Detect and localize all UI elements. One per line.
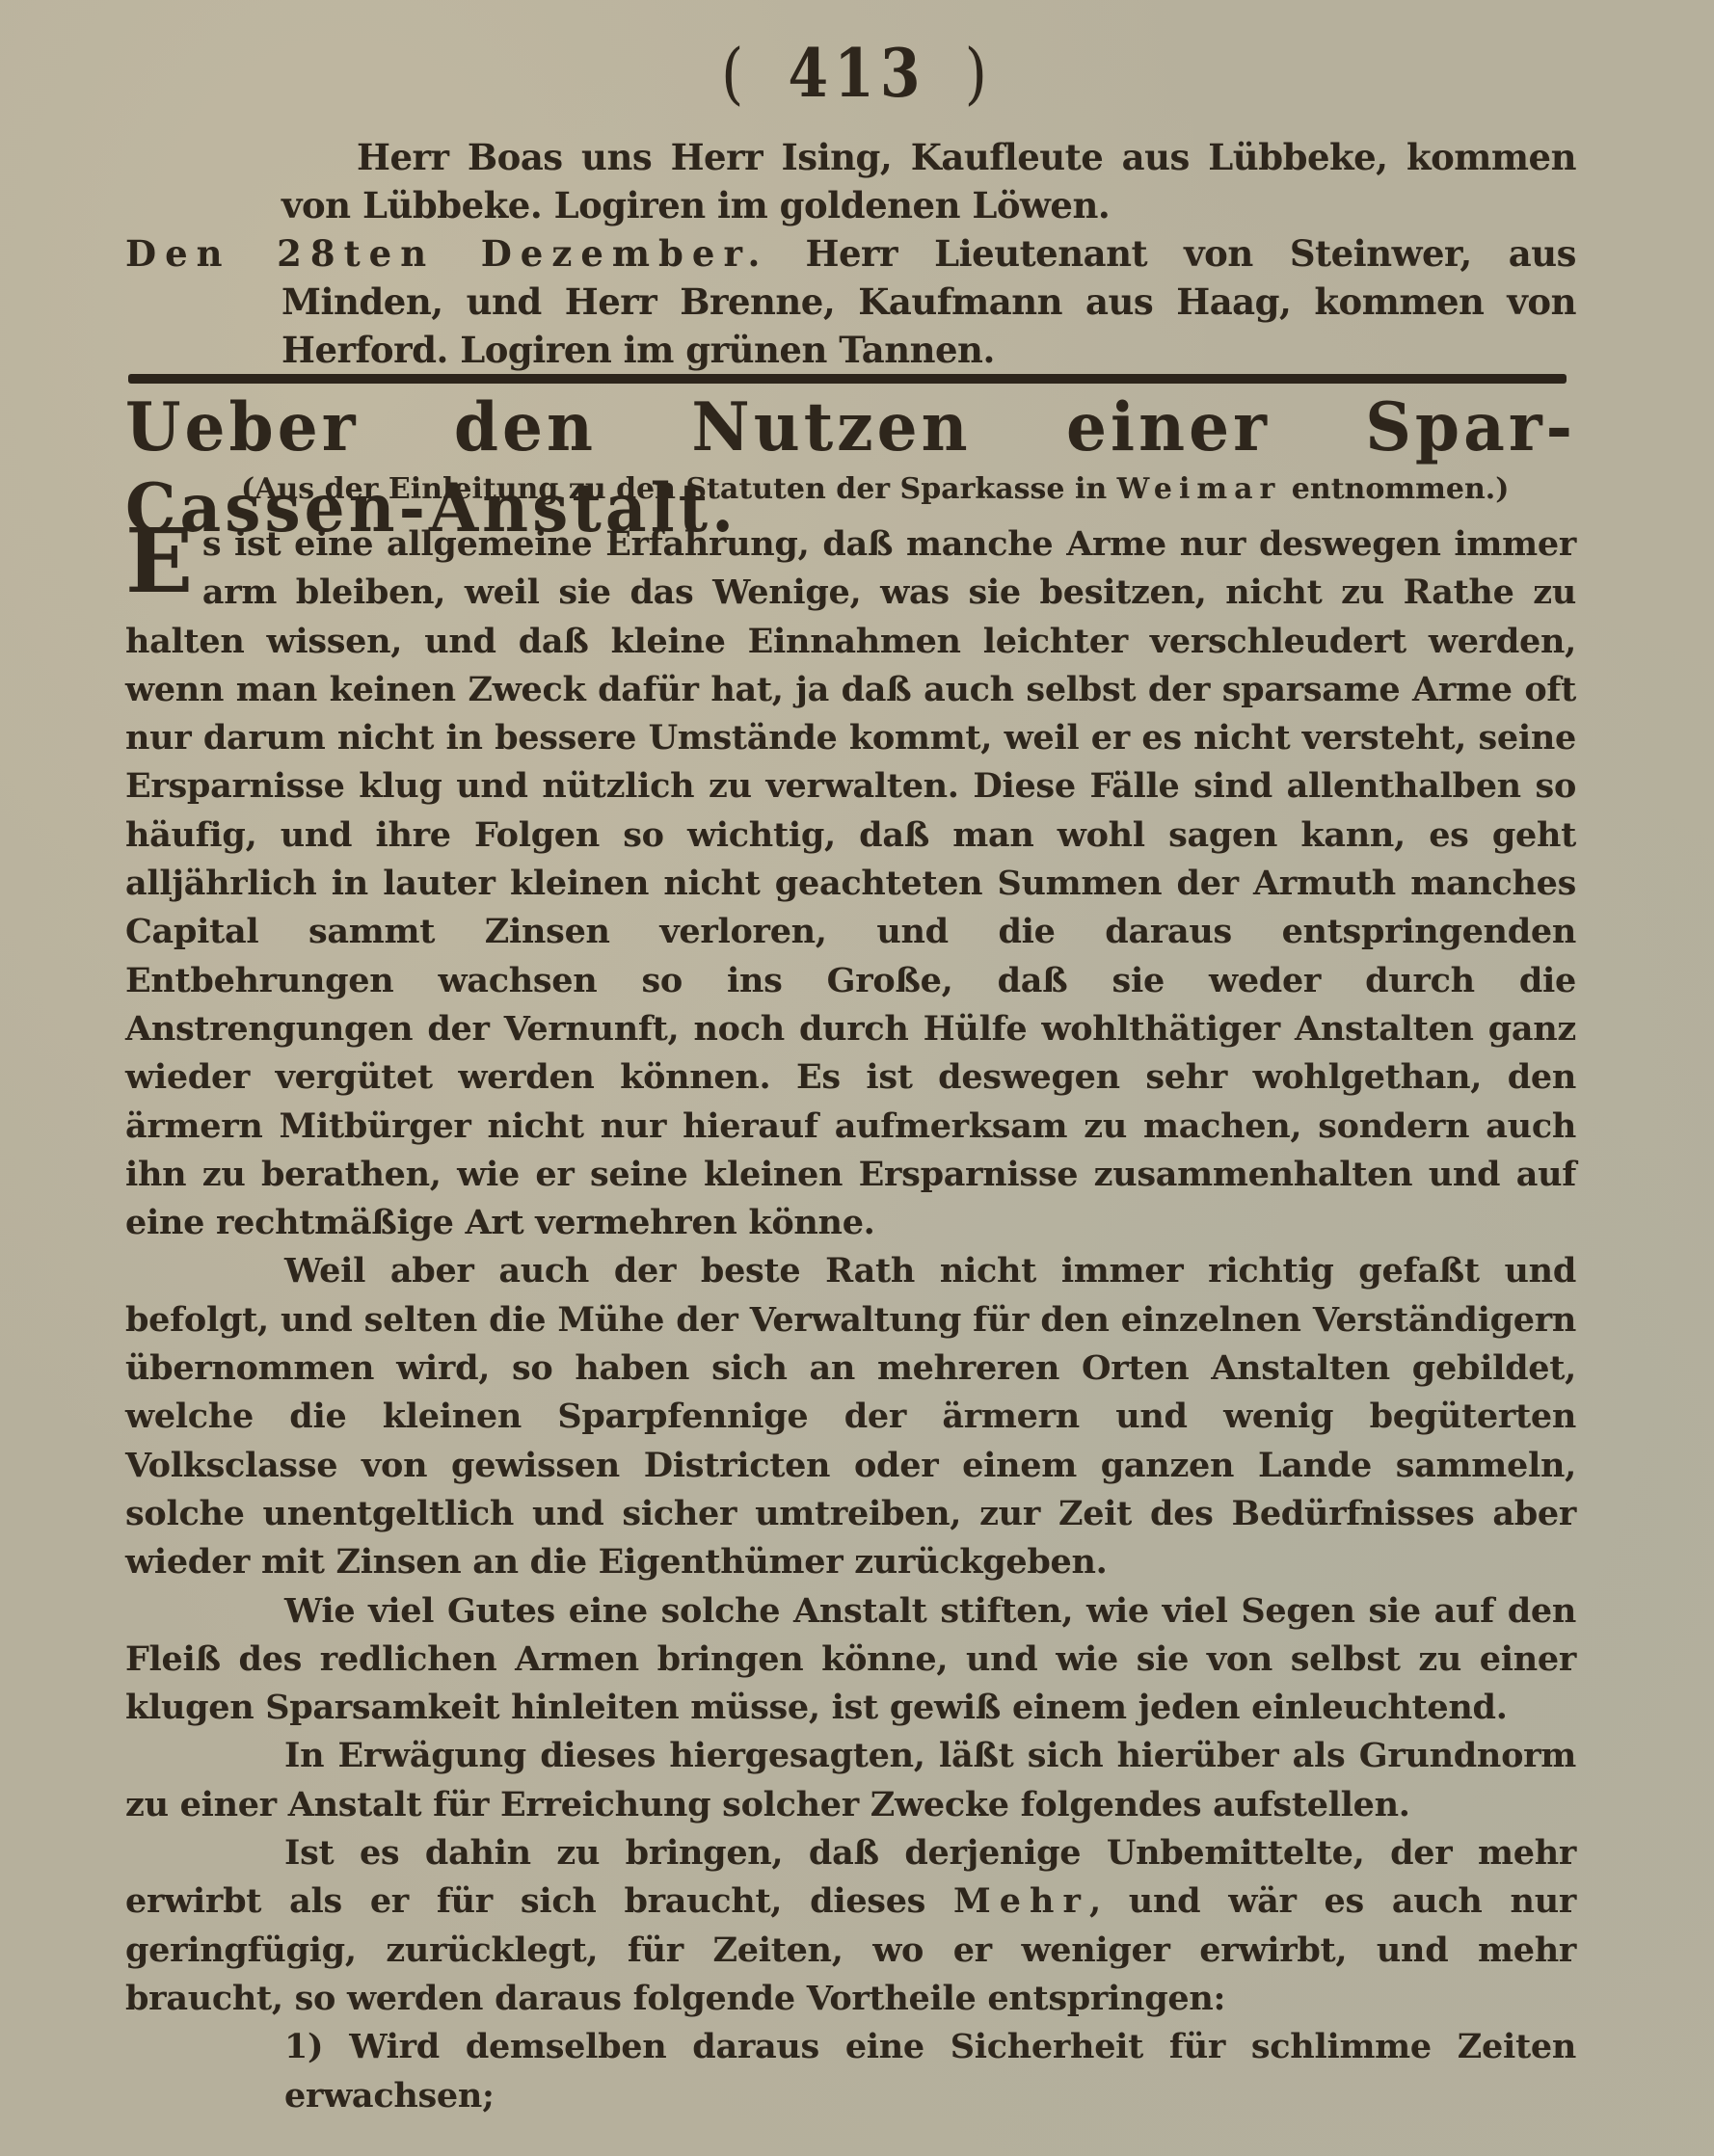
paragraph-5-emphasis: Mehr bbox=[953, 1881, 1089, 1921]
paragraph-5: Ist es dahin zu bringen, daß derjenige U… bbox=[125, 1829, 1576, 2023]
page-number-paren-open: ( bbox=[683, 36, 788, 114]
notice-entry-2: Den 28ten Dezember. Herr Lieutenant von … bbox=[125, 229, 1576, 374]
list-item-1: 1) Wird demselben daraus eine Sicherheit… bbox=[125, 2023, 1576, 2120]
article-body: Es ist eine allgemeine Erfahrung, daß ma… bbox=[125, 520, 1576, 2120]
page-number-paren-close: ) bbox=[926, 36, 1031, 114]
page-number-value: 413 bbox=[788, 36, 925, 114]
subtitle-text-before: (Aus der Einleitung zu den Statuten der … bbox=[241, 472, 1107, 506]
notice-entry-1-text: Herr Boas uns Herr Ising, Kaufleute aus … bbox=[281, 136, 1576, 226]
section-divider-rule bbox=[128, 374, 1567, 384]
drop-cap: E bbox=[125, 522, 193, 599]
paragraph-4: In Erwägung dieses hiergesagten, läßt si… bbox=[125, 1732, 1576, 1829]
paragraph-1: Es ist eine allgemeine Erfahrung, daß ma… bbox=[125, 520, 1576, 1247]
article-subtitle: (Aus der Einleitung zu den Statuten der … bbox=[241, 470, 1571, 509]
subtitle-place-name: Weimar bbox=[1117, 472, 1282, 506]
scanned-page: (413) Herr Boas uns Herr Ising, Kaufleut… bbox=[0, 0, 1714, 2156]
paragraph-1-text: s ist eine allgemeine Erfahrung, daß man… bbox=[125, 524, 1576, 1242]
page-number: (413) bbox=[0, 36, 1714, 114]
subtitle-text-after: entnommen.) bbox=[1292, 472, 1510, 506]
notice-entry-2-date: Den 28ten Dezember. bbox=[125, 232, 768, 275]
arrivals-notice: Herr Boas uns Herr Ising, Kaufleute aus … bbox=[125, 133, 1576, 374]
notice-entry-1: Herr Boas uns Herr Ising, Kaufleute aus … bbox=[125, 133, 1576, 229]
paragraph-2: Weil aber auch der beste Rath nicht imme… bbox=[125, 1247, 1576, 1586]
paragraph-3: Wie viel Gutes eine solche Anstalt stift… bbox=[125, 1587, 1576, 1733]
